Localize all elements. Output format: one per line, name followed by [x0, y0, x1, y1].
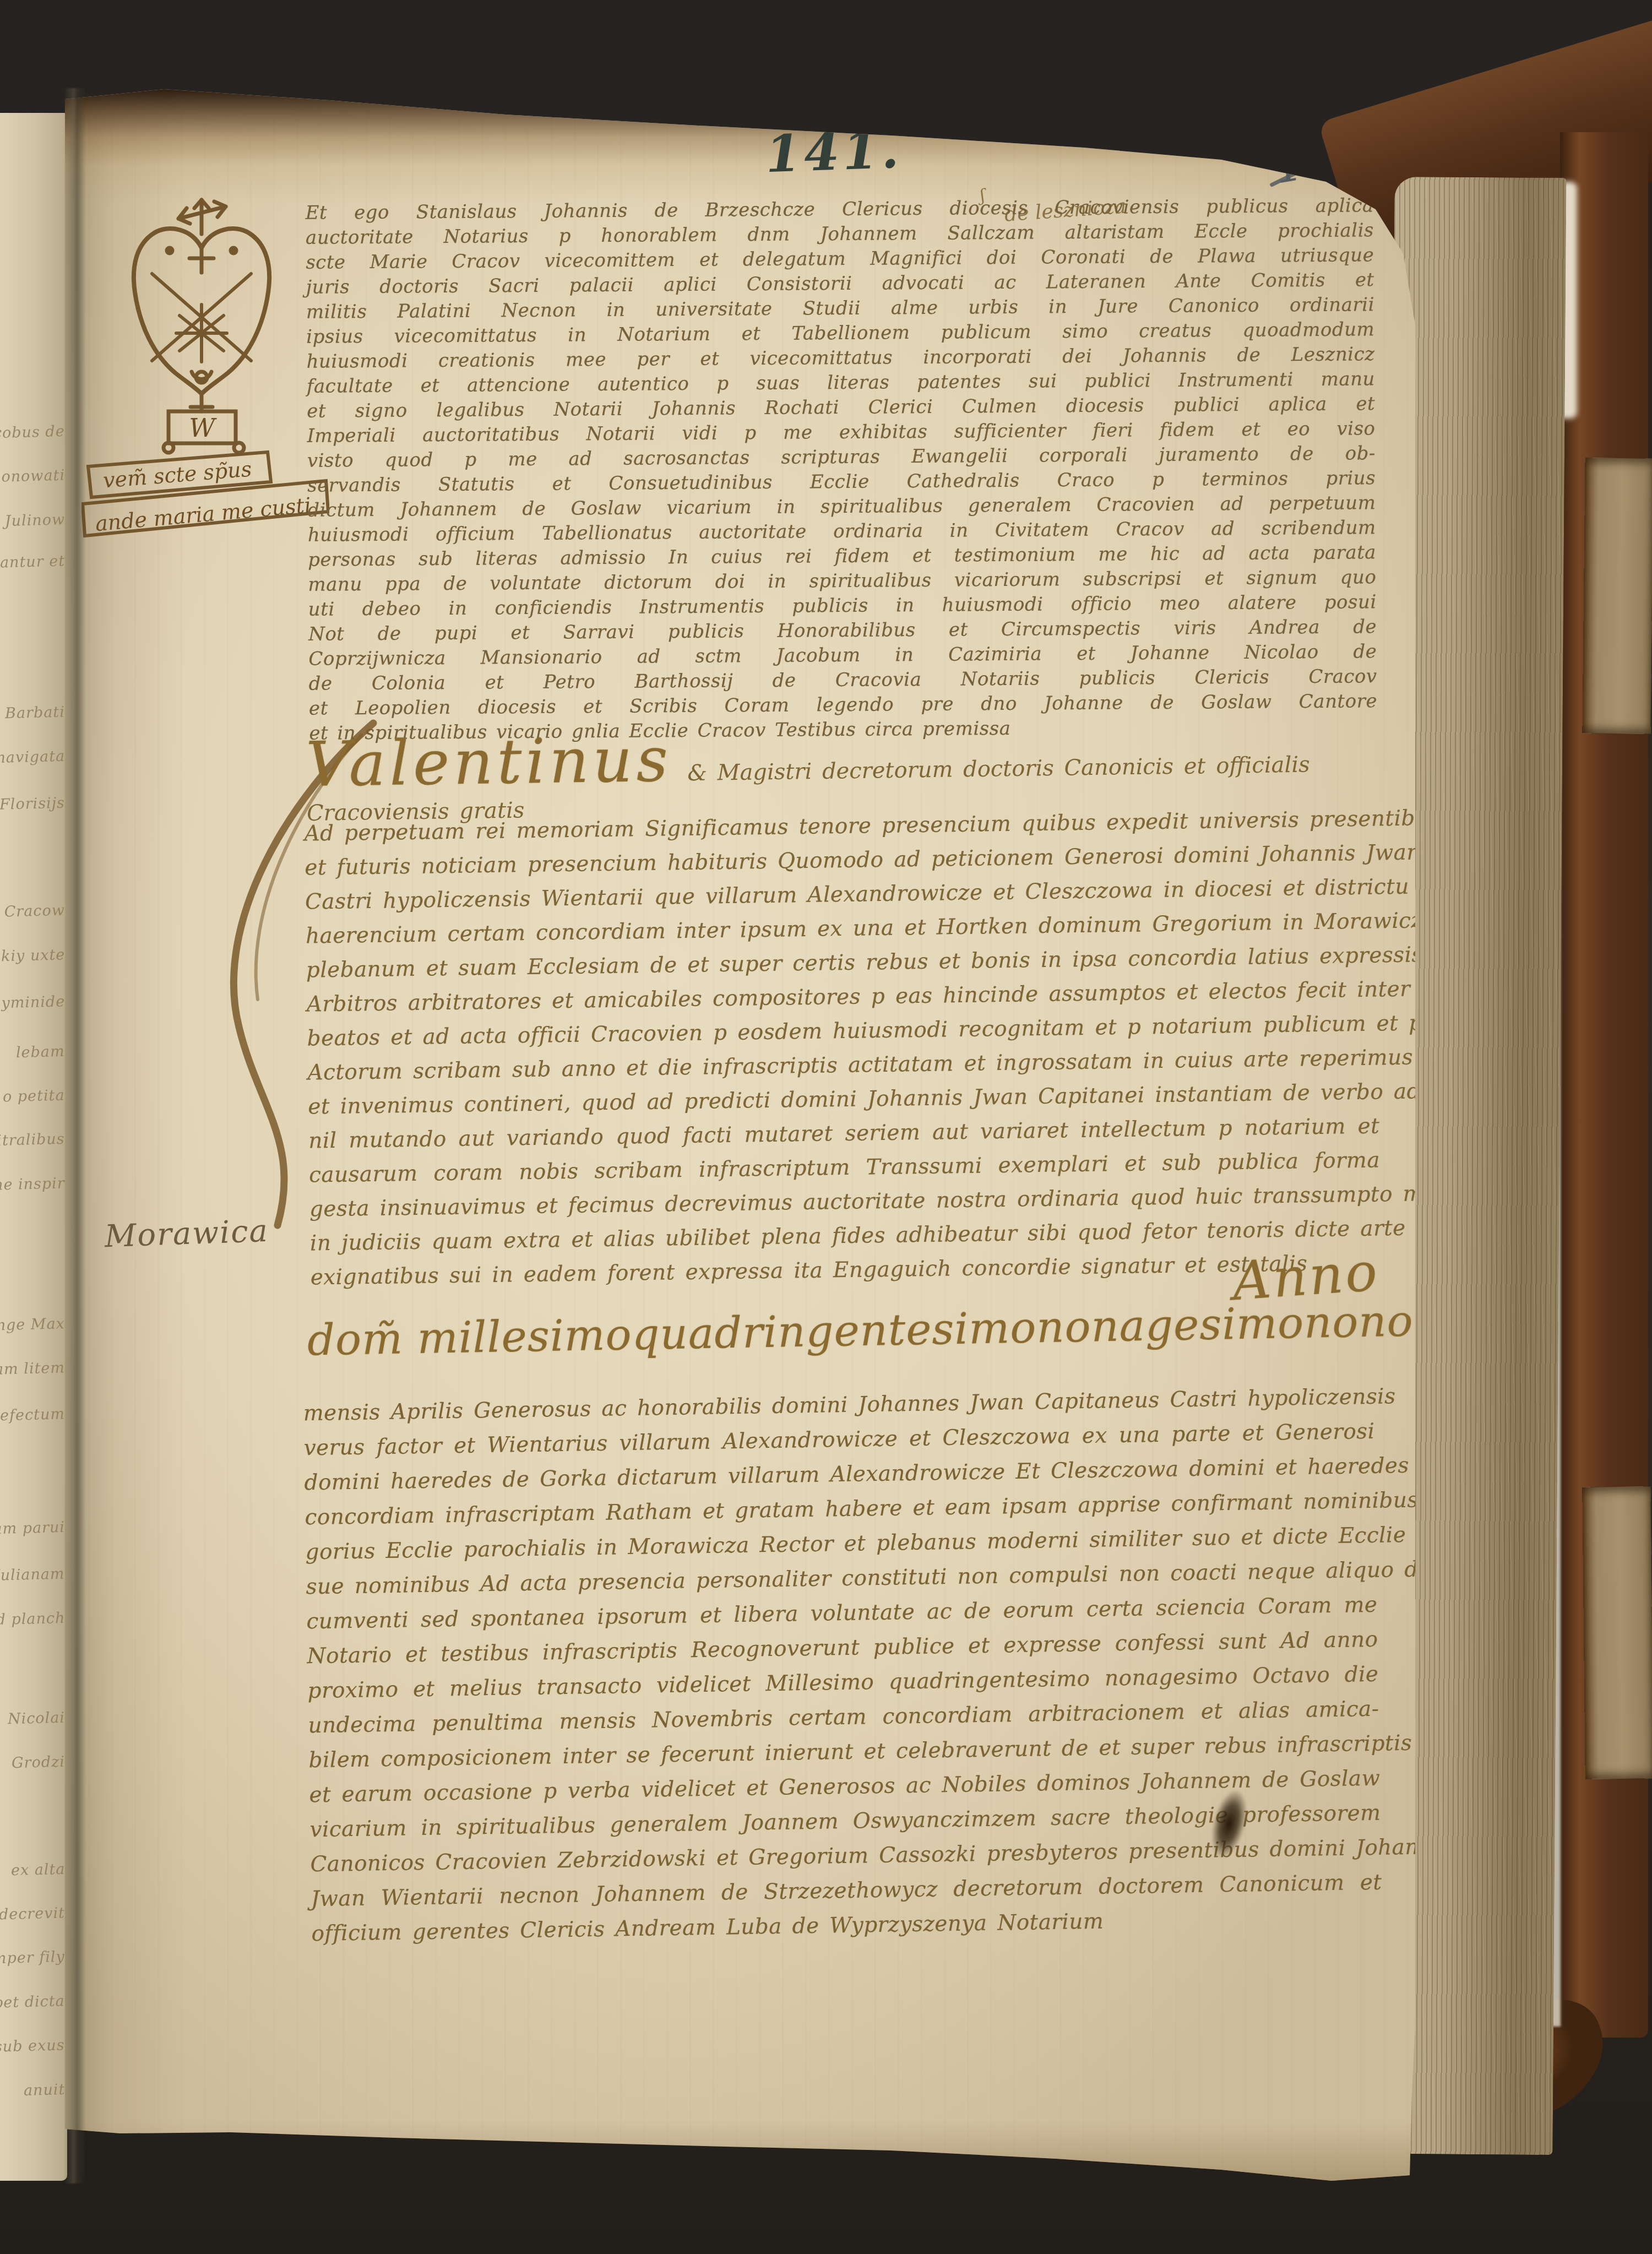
facing-page-text-fragments: Jacobus desegnonowatio Julinowantur etho… — [0, 113, 67, 2181]
facing-page-fragment: o petita — [3, 1087, 65, 1106]
facing-page-fragment: Nicolai — [8, 1709, 66, 1728]
notarial-sign: W vem̃ scte sp̃us ande maria me custi — [81, 195, 329, 553]
text-block-notarial-subscription: Et ego Stanislaus Johannis de Brzeschcze… — [306, 193, 1378, 746]
folio-number-ink: 141. — [764, 120, 903, 184]
initial-valentinus: Valentinus — [306, 724, 672, 801]
facing-page-fragment: y ad defectum — [0, 1405, 65, 1425]
text-block-valentinus: Ad perpetuam rei memoriam Significamus t… — [304, 802, 1382, 1295]
facing-page-fragment: akiy uxte — [0, 946, 65, 965]
facing-page-fragment: nit navigata — [0, 748, 65, 768]
facing-page-fragment: hyminide — [0, 993, 65, 1012]
facing-page-fragment: lebam — [16, 1043, 65, 1061]
manuscript-photo: Jacobus desegnonowatio Julinowantur etho… — [0, 0, 1652, 2254]
facing-page-fragment: antur et — [0, 552, 65, 571]
facing-page-edge: Jacobus desegnonowatio Julinowantur etho… — [0, 113, 67, 2181]
facing-page-fragment: segnonowati — [0, 467, 65, 487]
facing-page-fragment: ex alta — [10, 1861, 65, 1880]
bottom-edge-shadow — [65, 2120, 1415, 2181]
binding-strap-lower — [1582, 1486, 1652, 1779]
facing-page-fragment: Grodzi — [12, 1753, 66, 1772]
margin-note-morawica: Morawica — [104, 1213, 269, 1254]
sign-monogram: W — [189, 413, 217, 443]
date-line: dom̃ millesimoquadringentesimononagesimo… — [307, 1297, 1409, 1366]
facing-page-fragment: s ad planch — [0, 1610, 65, 1629]
facing-page-fragment: orum parui — [0, 1519, 65, 1538]
facing-page-fragment: am litem — [0, 1359, 65, 1378]
facing-page-fragment: semper fily — [0, 1948, 65, 1968]
gutter-crease — [64, 88, 86, 2184]
facing-page-fragment: s et Julianam — [0, 1565, 65, 1585]
date-line-year: dom̃ millesimoquadringentesimononagesimo… — [307, 1296, 1414, 1365]
facing-page-fragment: bus Florisijs — [0, 795, 65, 814]
binding-strap-upper — [1582, 458, 1652, 734]
facing-page-fragment: hodie Barbati — [0, 703, 65, 723]
facing-page-fragment: q de Cracow — [0, 902, 65, 922]
facing-page-fragment: decrevit — [0, 1904, 65, 1923]
facing-page-fragment: sub exus — [0, 2036, 65, 2055]
facing-page-fragment: arbitralibus — [0, 1131, 65, 1150]
manuscript-page: 141. ʃ de lesznicza 141 73 — [65, 88, 1415, 2181]
facing-page-fragment: anuit — [23, 2081, 65, 2099]
facing-page-fragment: inge Max — [0, 1315, 65, 1334]
facing-page-fragment: pet dicta — [0, 1992, 65, 2011]
facing-page-fragment: Jacobus de — [0, 423, 65, 442]
sign-star — [176, 305, 227, 362]
facing-page-fragment: o Julinow — [0, 511, 65, 530]
facing-page-fragment: ne inspir — [0, 1175, 65, 1193]
text-block-concord-record: mensis Aprilis Generosus ac honorabilis … — [303, 1379, 1383, 1951]
